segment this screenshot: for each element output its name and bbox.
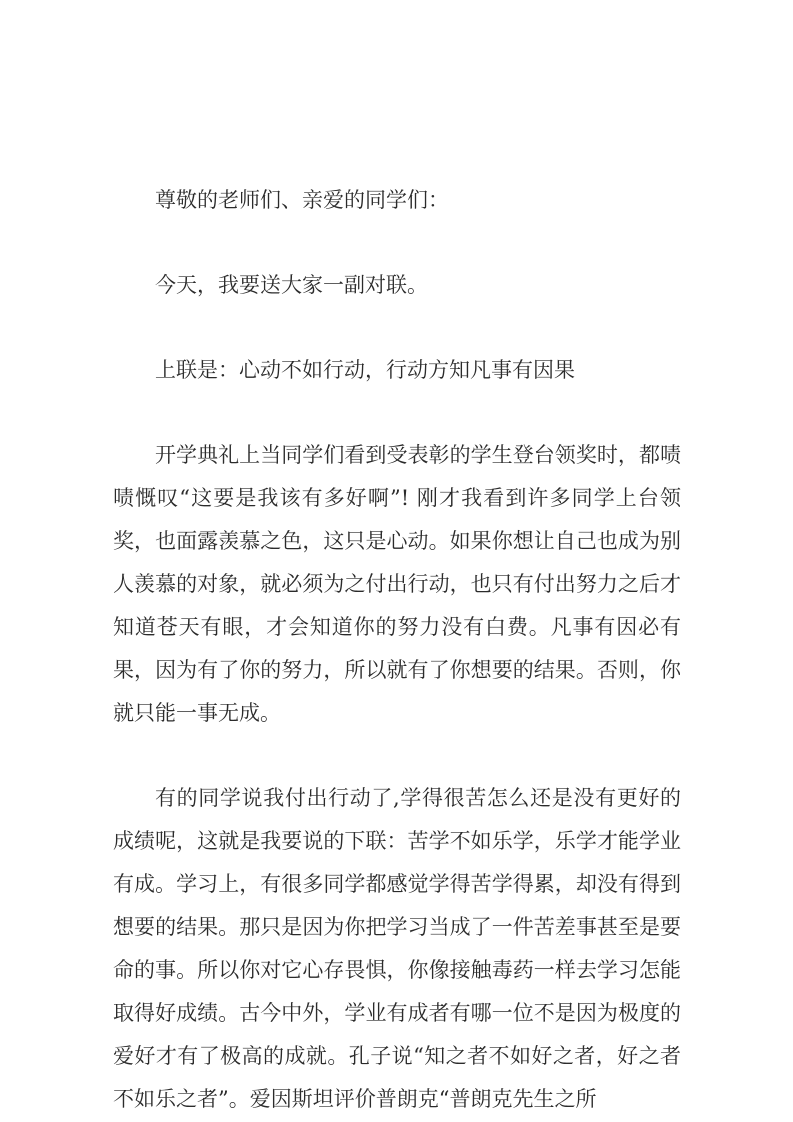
document-body: 尊敬的老师们、亲爱的同学们： 今天，我要送大家一副对联。 上联是：心动不如行动，… [113,179,681,1121]
paragraph-action: 开学典礼上当同学们看到受表彰的学生登台领奖时，都啧啧慨叹“这要是我该有多好啊”!… [113,434,681,735]
document-page: 尊敬的老师们、亲爱的同学们： 今天，我要送大家一副对联。 上联是：心动不如行动，… [0,0,793,1122]
paragraph-intro: 今天，我要送大家一副对联。 [113,264,681,307]
paragraph-salutation: 尊敬的老师们、亲爱的同学们： [113,179,681,222]
paragraph-first-couplet: 上联是：心动不如行动，行动方知凡事有因果 [113,349,681,392]
paragraph-happy-learning: 有的同学说我付出行动了,学得很苦怎么还是没有更好的成绩呢，这就是我要说的下联：苦… [113,777,681,1121]
